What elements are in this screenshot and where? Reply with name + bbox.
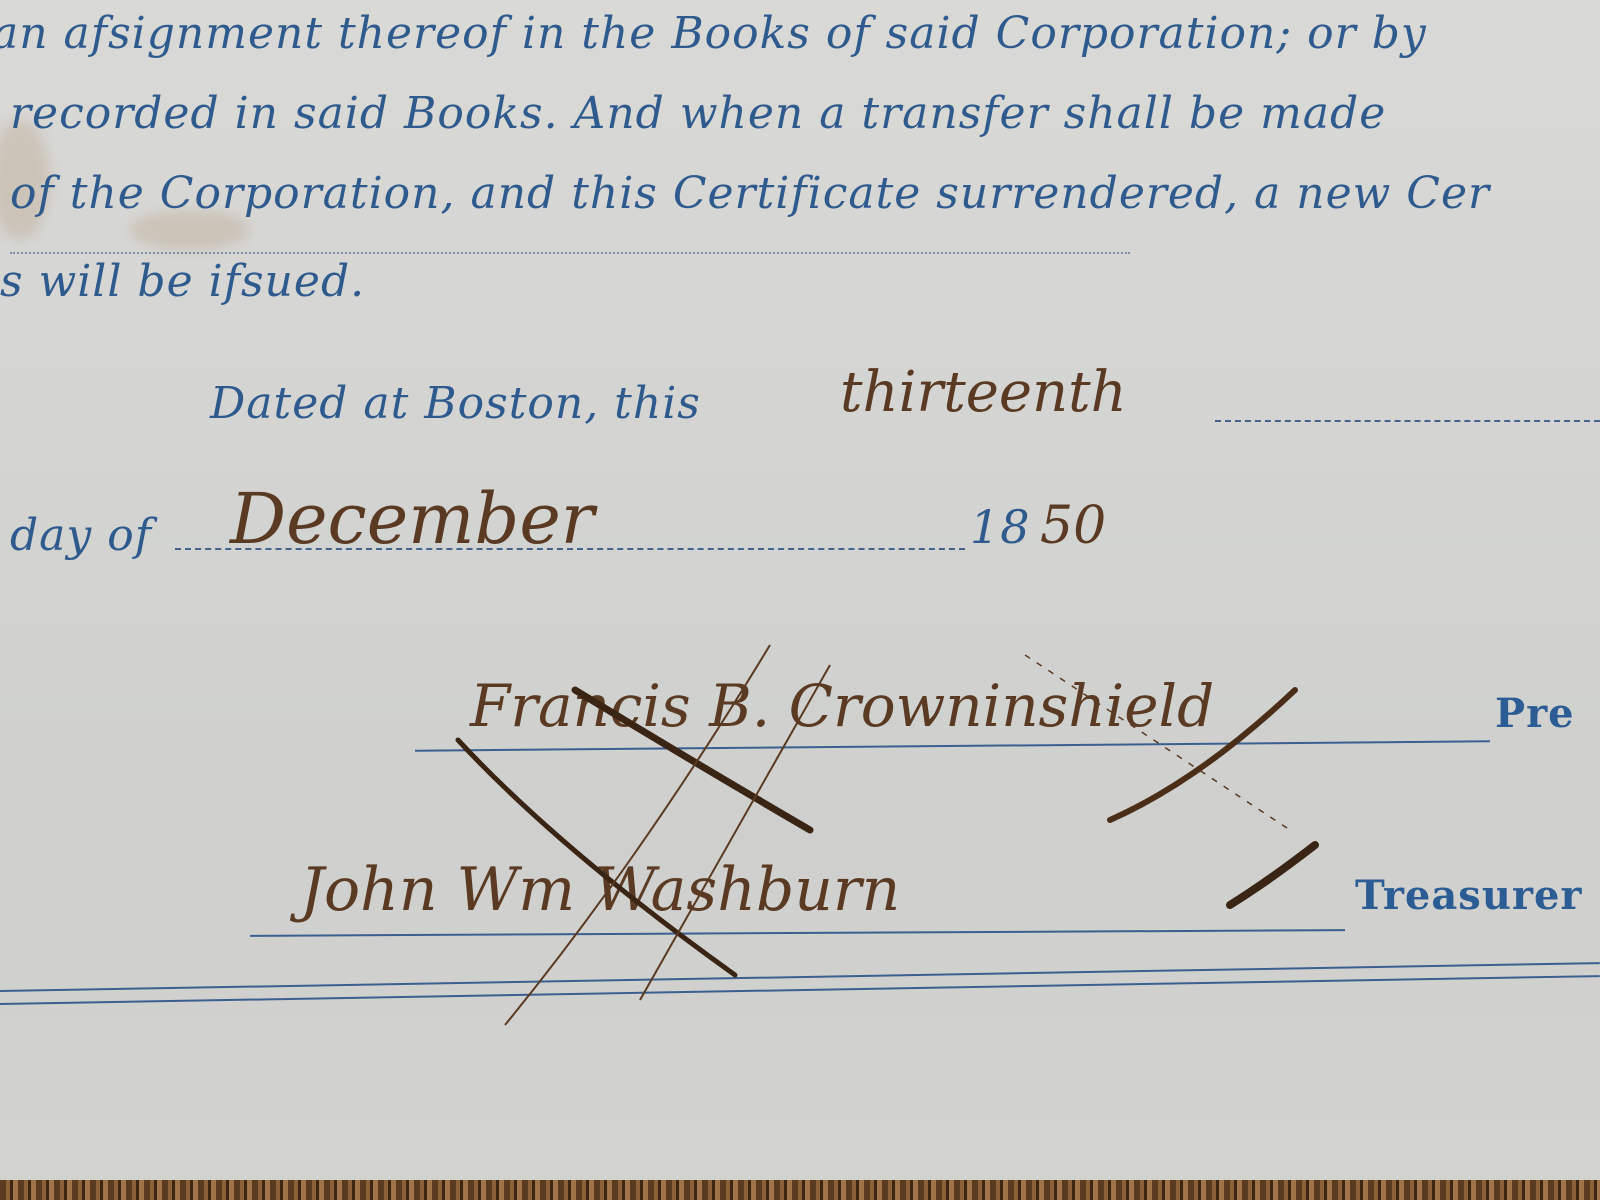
dated-day-handwritten: thirteenth xyxy=(840,360,1127,425)
president-signature-line xyxy=(415,740,1490,751)
day-dotted-line xyxy=(1215,420,1600,422)
year-printed: 18 xyxy=(970,500,1031,554)
month-dotted-line xyxy=(175,548,965,550)
certificate-paper: an afsignment thereof in the Books of sa… xyxy=(0,0,1600,1185)
dated-prefix: Dated at Boston, this xyxy=(210,378,701,429)
body-line-2: recorded in said Books. And when a trans… xyxy=(10,88,1386,139)
treasurer-signature: John Wm Washburn xyxy=(300,855,900,925)
body-line-3: of the Corporation, and this Certificate… xyxy=(10,168,1490,219)
treasurer-signature-line xyxy=(250,929,1345,937)
year-handwritten: 50 xyxy=(1040,496,1106,556)
body-line-4: s will be ifsued. xyxy=(0,256,365,307)
body-line-1: an afsignment thereof in the Books of sa… xyxy=(0,8,1427,59)
wood-surface xyxy=(0,1180,1600,1200)
president-title: Pre xyxy=(1495,690,1575,737)
day-of-label: day of xyxy=(10,510,152,561)
border-rule-top xyxy=(0,962,1600,992)
president-signature: Francis B. Crowninshield xyxy=(470,672,1214,740)
dotted-line xyxy=(10,252,1130,254)
treasurer-title: Treasurer xyxy=(1355,872,1583,919)
border-rule-bottom xyxy=(0,975,1600,1005)
